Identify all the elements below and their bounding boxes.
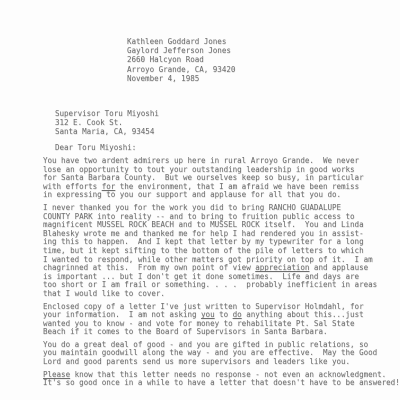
letter-line: 2660 Halcyon Road — [127, 55, 235, 64]
recipient-address-block: Supervisor Toru Miyoshi312 E. Cook St.Sa… — [55, 109, 159, 136]
letter-line: It's so good once in a while to have a l… — [43, 379, 400, 388]
letter-line: Kathleen Goddard Jones — [127, 37, 235, 46]
letter-line: Supervisor Toru Miyoshi — [55, 109, 159, 118]
paragraph: You do a great deal of good - and you ar… — [43, 341, 400, 367]
letter-line: Gaylord Jefferson Jones — [127, 46, 235, 55]
sender-address-block: Kathleen Goddard JonesGaylord Jefferson … — [127, 37, 235, 83]
letter-line: November 4, 1985 — [127, 74, 235, 83]
letter-line: that I would like to cover. — [43, 290, 400, 299]
letter-line: Santa Maria, CA, 93454 — [55, 127, 159, 136]
scanned-letter-page: Kathleen Goddard JonesGaylord Jefferson … — [0, 0, 400, 400]
letter-body: You have two ardent admirers up here in … — [43, 157, 400, 392]
letter-line: in expressing to you our support and app… — [43, 191, 400, 200]
letter-line: 312 E. Cook St. — [55, 118, 159, 127]
letter-line: Beach if it comes to the Board of Superv… — [43, 328, 400, 337]
letter-line: Lord and good parents send us more super… — [43, 358, 400, 367]
paragraph: Please know that this letter needs no re… — [43, 371, 400, 388]
paragraph: You have two ardent admirers up here in … — [43, 157, 400, 200]
salutation: Dear Toru Miyoshi: — [55, 143, 136, 152]
paragraph: Enclosed copy of a letter I've just writ… — [43, 303, 400, 337]
paragraph: I never thanked you for the work you did… — [43, 204, 400, 299]
letter-line: Arroyo Grande, CA, 93420 — [127, 65, 235, 74]
